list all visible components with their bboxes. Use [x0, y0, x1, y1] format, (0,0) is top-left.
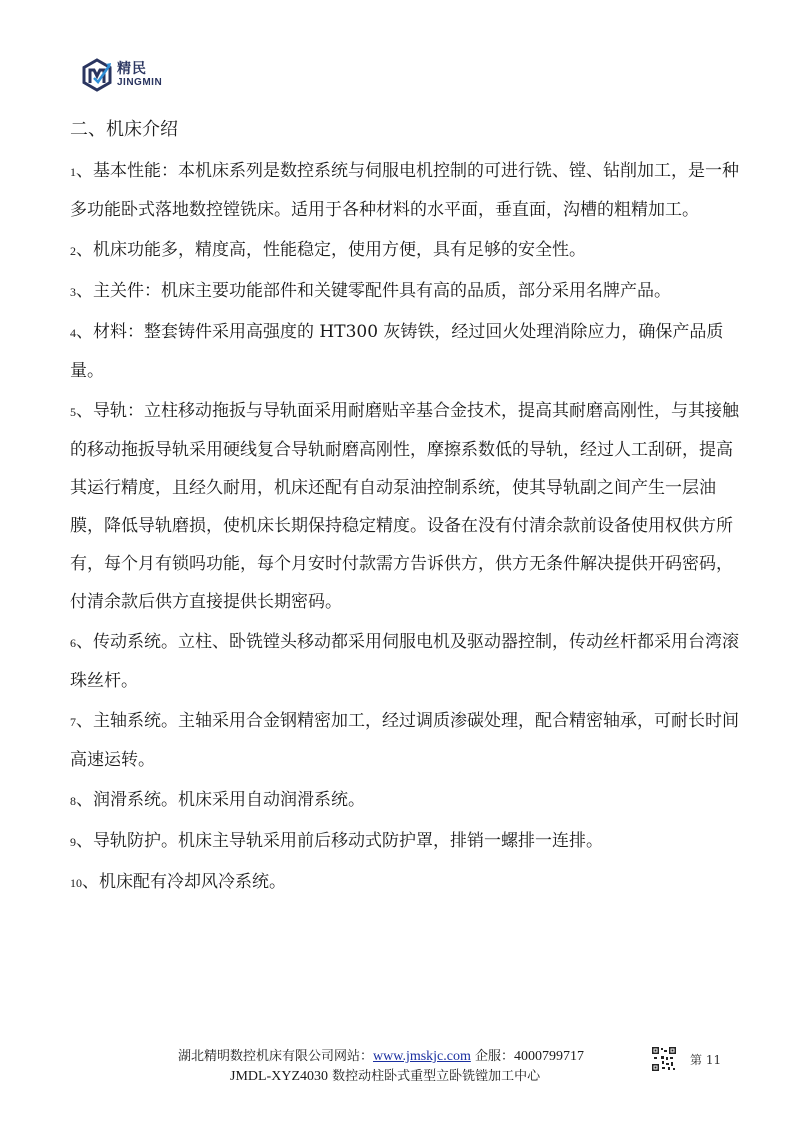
list-item-10: 10、机床配有冷却风冷系统。: [70, 863, 740, 902]
footer-company: 湖北精明数控机床有限公司网站：: [178, 1049, 373, 1064]
item-separator: 、: [76, 240, 93, 260]
item-text: 机床功能多，精度高，性能稳定，使用方便，具有足够的安全性。: [93, 240, 586, 260]
item-number: 10: [70, 876, 82, 890]
page-number: 第 11: [690, 1051, 721, 1068]
item-separator: 、: [76, 281, 93, 301]
item-separator: 、: [76, 322, 93, 342]
logo-english-name: JINGMIN: [117, 78, 162, 88]
footer-model-line: JMDL-XYZ4030 数控动柱卧式重型立卧铣镗加工中心: [230, 1065, 540, 1085]
company-logo: 精民 JINGMIN: [80, 58, 162, 92]
item-separator: 、: [76, 401, 93, 421]
website-link[interactable]: www.jmskjc.com: [373, 1049, 471, 1064]
service-label: 企服：: [471, 1049, 514, 1064]
list-item-7: 7、主轴系统。主轴采用合金钢精密加工，经过调质渗碳处理，配合精密轴承，可耐长时间…: [70, 702, 740, 779]
item-text: 导轨防护。机床主导轨采用前后移动式防护罩，排销一螺排一连排。: [93, 831, 603, 851]
item-text: 材料：整套铸件采用高强度的 HT300 灰铸铁，经过回火处理消除应力，确保产品质…: [70, 322, 723, 381]
list-item-2: 2、机床功能多，精度高，性能稳定，使用方便，具有足够的安全性。: [70, 231, 740, 270]
list-item-5: 5、导轨：立柱移动拖扳与导轨面采用耐磨贴辛基合金技术，提高其耐磨高刚性，与其接触…: [70, 392, 740, 621]
item-separator: 、: [82, 872, 99, 892]
jingmin-logo-icon: [80, 58, 114, 92]
item-separator: 、: [76, 711, 93, 731]
footer-contact-line: 湖北精明数控机床有限公司网站：www.jmskjc.com 企服：4000799…: [178, 1045, 584, 1065]
item-text: 传动系统。立柱、卧铣镗头移动都采用伺服电机及驱动器控制，传动丝杆都采用台湾滚珠丝…: [70, 632, 739, 691]
list-item-4: 4、材料：整套铸件采用高强度的 HT300 灰铸铁，经过回火处理消除应力，确保产…: [70, 313, 740, 390]
list-item-8: 8、润滑系统。机床采用自动润滑系统。: [70, 781, 740, 820]
item-text: 润滑系统。机床采用自动润滑系统。: [93, 790, 365, 810]
qr-code-icon: [652, 1047, 676, 1071]
item-text: 导轨：立柱移动拖扳与导轨面采用耐磨贴辛基合金技术，提高其耐磨高刚性，与其接触的移…: [70, 401, 739, 612]
list-item-3: 3、主关件：机床主要功能部件和关键零配件具有高的品质，部分采用名牌产品。: [70, 272, 740, 311]
item-text: 主轴系统。主轴采用合金钢精密加工，经过调质渗碳处理，配合精密轴承，可耐长时间高速…: [70, 711, 739, 770]
service-phone: 4000799717: [514, 1049, 584, 1064]
item-text: 机床配有冷却风冷系统。: [99, 872, 286, 892]
list-item-9: 9、导轨防护。机床主导轨采用前后移动式防护罩，排销一螺排一连排。: [70, 822, 740, 861]
item-text: 基本性能：本机床系列是数控系统与伺服电机控制的可进行铣、镗、钻削加工，是一种多功…: [70, 161, 739, 220]
item-text: 主关件：机床主要功能部件和关键零配件具有高的品质，部分采用名牌产品。: [93, 281, 671, 301]
item-separator: 、: [76, 161, 93, 181]
logo-chinese-name: 精民: [117, 62, 162, 76]
list-item-1: 1、基本性能：本机床系列是数控系统与伺服电机控制的可进行铣、镗、钻削加工，是一种…: [70, 152, 740, 229]
document-body: 二、机床介绍 1、基本性能：本机床系列是数控系统与伺服电机控制的可进行铣、镗、钻…: [70, 112, 740, 904]
item-separator: 、: [76, 831, 93, 851]
model-description: 数控动柱卧式重型立卧铣镗加工中心: [328, 1069, 540, 1084]
model-number: JMDL-XYZ4030: [230, 1069, 328, 1084]
list-item-6: 6、传动系统。立柱、卧铣镗头移动都采用伺服电机及驱动器控制，传动丝杆都采用台湾滚…: [70, 623, 740, 700]
section-heading: 二、机床介绍: [70, 112, 740, 148]
item-separator: 、: [76, 632, 93, 652]
item-separator: 、: [76, 790, 93, 810]
